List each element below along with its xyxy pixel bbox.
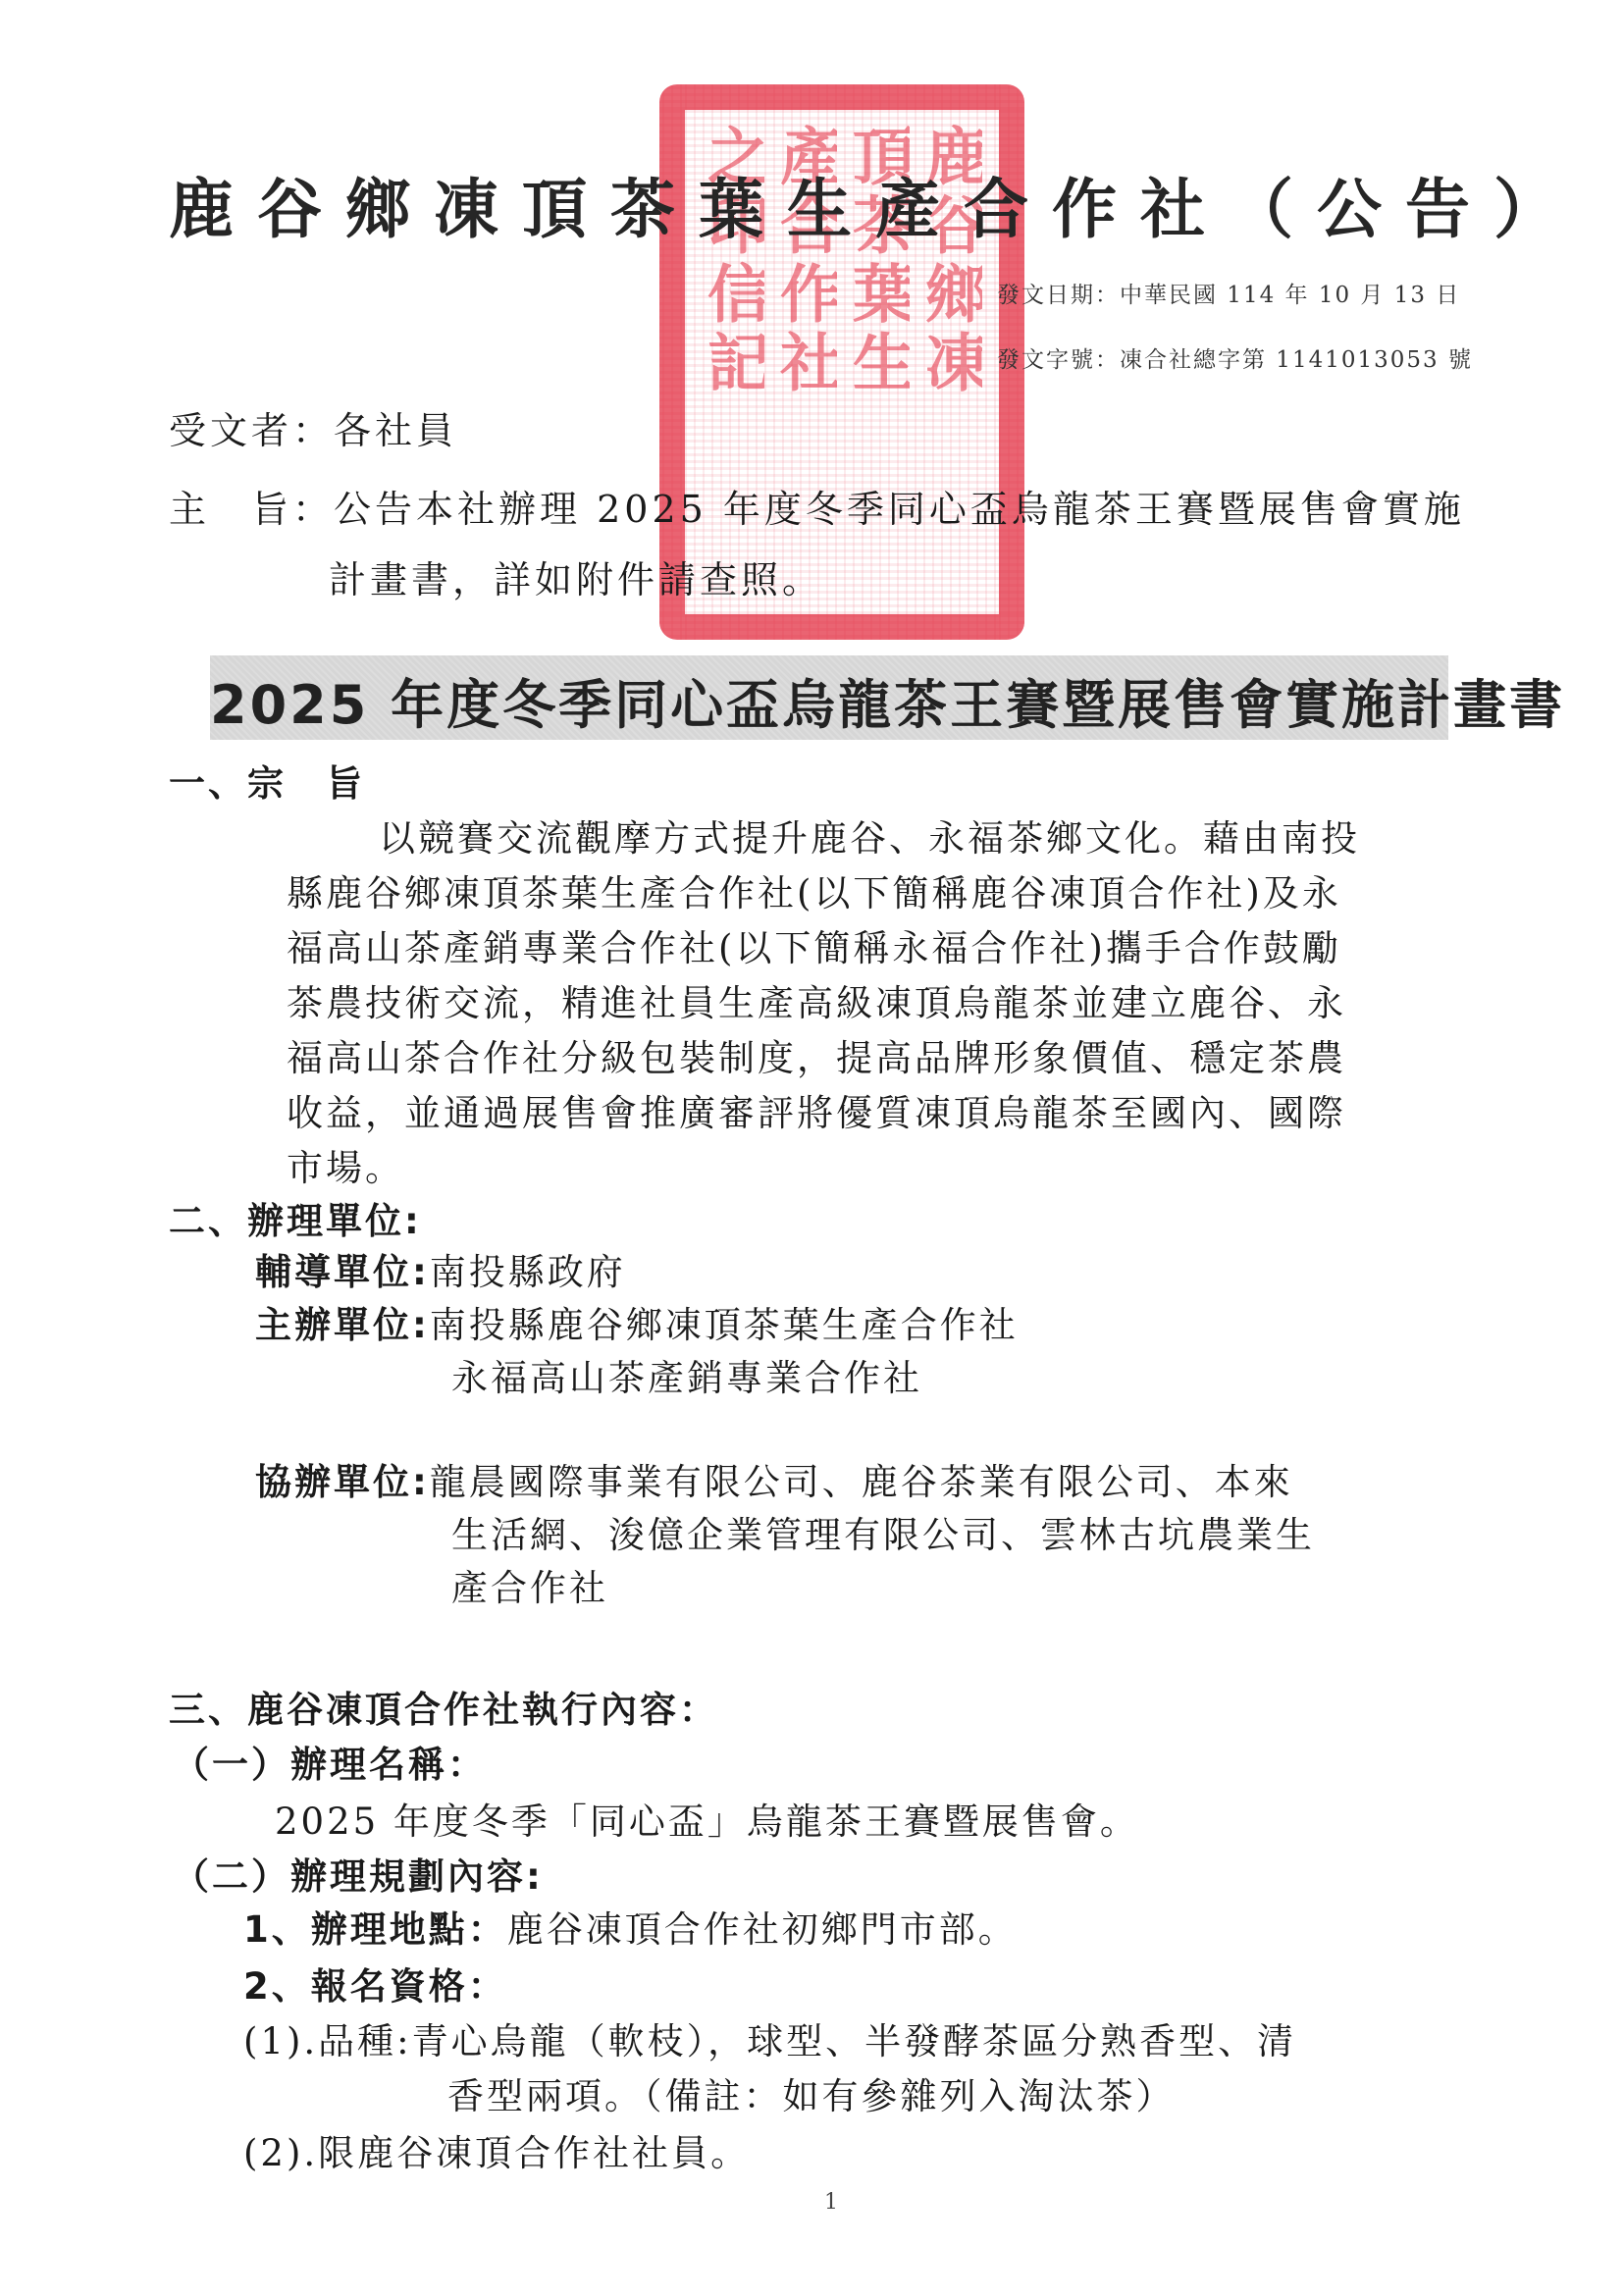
subject-line-continued: 計畫書，詳如附件請查照。 [329, 549, 823, 603]
guidance-unit-label: 輔導單位: [255, 1251, 430, 1293]
issue-date: 發文日期：中華民國 114 年 10 月 13 日 [997, 277, 1460, 309]
reference-number: 發文字號：凍合社總字第 1141013053 號 [997, 341, 1473, 374]
recipient-value: 各社員 [334, 409, 457, 452]
venue-label: 1、辦理地點： [243, 1908, 507, 1951]
page-number: 1 [824, 2190, 838, 2215]
plan-title: 2025 年度冬季同心盃烏龍茶王賽暨展售會實施計畫書 [210, 663, 1448, 739]
recipient-label: 受文者： [169, 409, 334, 452]
variety-value-line: 香型兩項。（備註：如有參雜列入淘汰茶） [447, 2066, 1176, 2119]
host-unit-label: 主辦單位: [255, 1304, 430, 1346]
co-organizer-value-line: 生活網、浚億企業管理有限公司、雲林古坑農業生 [451, 1505, 1315, 1558]
venue-value: 鹿谷凍頂合作社初鄉門市部。 [507, 1908, 1018, 1951]
purpose-paragraph-line: 福高山茶合作社分級包裝制度，提高品牌形象價值、穩定茶農 [287, 1028, 1346, 1081]
host-unit-row: 主辦單位:南投縣鹿谷鄉凍頂茶葉生產合作社 [255, 1295, 1019, 1348]
plan-content-label: （二）辦理規劃內容: [173, 1847, 544, 1900]
event-name-label: （一）辦理名稱： [173, 1735, 487, 1788]
subject-label: 主 旨： [169, 488, 334, 531]
host-unit-value: 南投縣鹿谷鄉凍頂茶葉生產合作社 [430, 1304, 1019, 1346]
purpose-paragraph-line: 福高山茶產銷專業合作社(以下簡稱永福合作社)攜手合作鼓勵 [287, 918, 1341, 971]
guidance-unit-row: 輔導單位:南投縣政府 [255, 1242, 626, 1295]
venue-row: 1、辦理地點：鹿谷凍頂合作社初鄉門市部。 [243, 1900, 1018, 1953]
purpose-paragraph-line: 茶農技術交流，精進社員生產高級凍頂烏龍茶並建立鹿谷、永 [287, 973, 1346, 1026]
subject-line: 主 旨：公告本社辦理 2025 年度冬季同心盃烏龍茶王賽暨展售會實施 [169, 479, 1465, 533]
purpose-paragraph-line: 縣鹿谷鄉凍頂茶葉生產合作社(以下簡稱鹿谷凍頂合作社)及永 [287, 863, 1341, 916]
co-organizer-value-line: 產合作社 [451, 1558, 608, 1611]
section-heading-execution: 三、鹿谷凍頂合作社執行內容： [169, 1680, 718, 1733]
section-heading-organizers: 二、辦理單位: [169, 1191, 422, 1244]
issue-date-label: 發文日期： [997, 283, 1120, 308]
co-organizer-row: 協辦單位:龍晨國際事業有限公司、鹿谷茶業有限公司、本來 [255, 1452, 1293, 1505]
variety-label: (1).品種: [243, 2020, 412, 2062]
purpose-paragraph-line: 收益，並通過展售會推廣審評將優質凍頂烏龍茶至國內、國際 [287, 1083, 1346, 1136]
variety-row: (1).品種:青心烏龍（軟枝），球型、半發酵茶區分熟香型、清 [243, 2011, 1296, 2064]
document-title: 鹿谷鄉凍頂茶葉生產合作社（公告） [169, 157, 1582, 250]
variety-value: 青心烏龍（軟枝），球型、半發酵茶區分熟香型、清 [412, 2020, 1297, 2062]
recipient-line: 受文者：各社員 [169, 400, 457, 454]
reference-number-label: 發文字號： [997, 347, 1120, 373]
subject-text: 公告本社辦理 2025 年度冬季同心盃烏龍茶王賽暨展售會實施 [334, 488, 1465, 531]
purpose-paragraph-line: 以競賽交流觀摩方式提升鹿谷、永福茶鄉文化。藉由南投 [379, 809, 1360, 861]
section-heading-purpose: 一、宗 旨 [169, 754, 365, 807]
co-organizer-label: 協辦單位: [255, 1461, 430, 1503]
issue-date-value: 中華民國 114 年 10 月 13 日 [1120, 283, 1460, 308]
guidance-unit-value: 南投縣政府 [430, 1251, 626, 1293]
reference-number-value: 凍合社總字第 1141013053 號 [1120, 347, 1473, 373]
host-unit-value-line: 永福高山茶產銷專業合作社 [451, 1348, 922, 1401]
purpose-paragraph-line: 市場。 [287, 1138, 404, 1191]
co-organizer-value: 龍晨國際事業有限公司、鹿谷茶業有限公司、本來 [430, 1461, 1293, 1503]
event-name-value: 2025 年度冬季「同心盃」烏龍茶王賽暨展售會。 [275, 1792, 1139, 1845]
members-only-requirement: (2).限鹿谷凍頂合作社社員。 [243, 2123, 750, 2176]
eligibility-label: 2、報名資格： [243, 1957, 507, 2009]
